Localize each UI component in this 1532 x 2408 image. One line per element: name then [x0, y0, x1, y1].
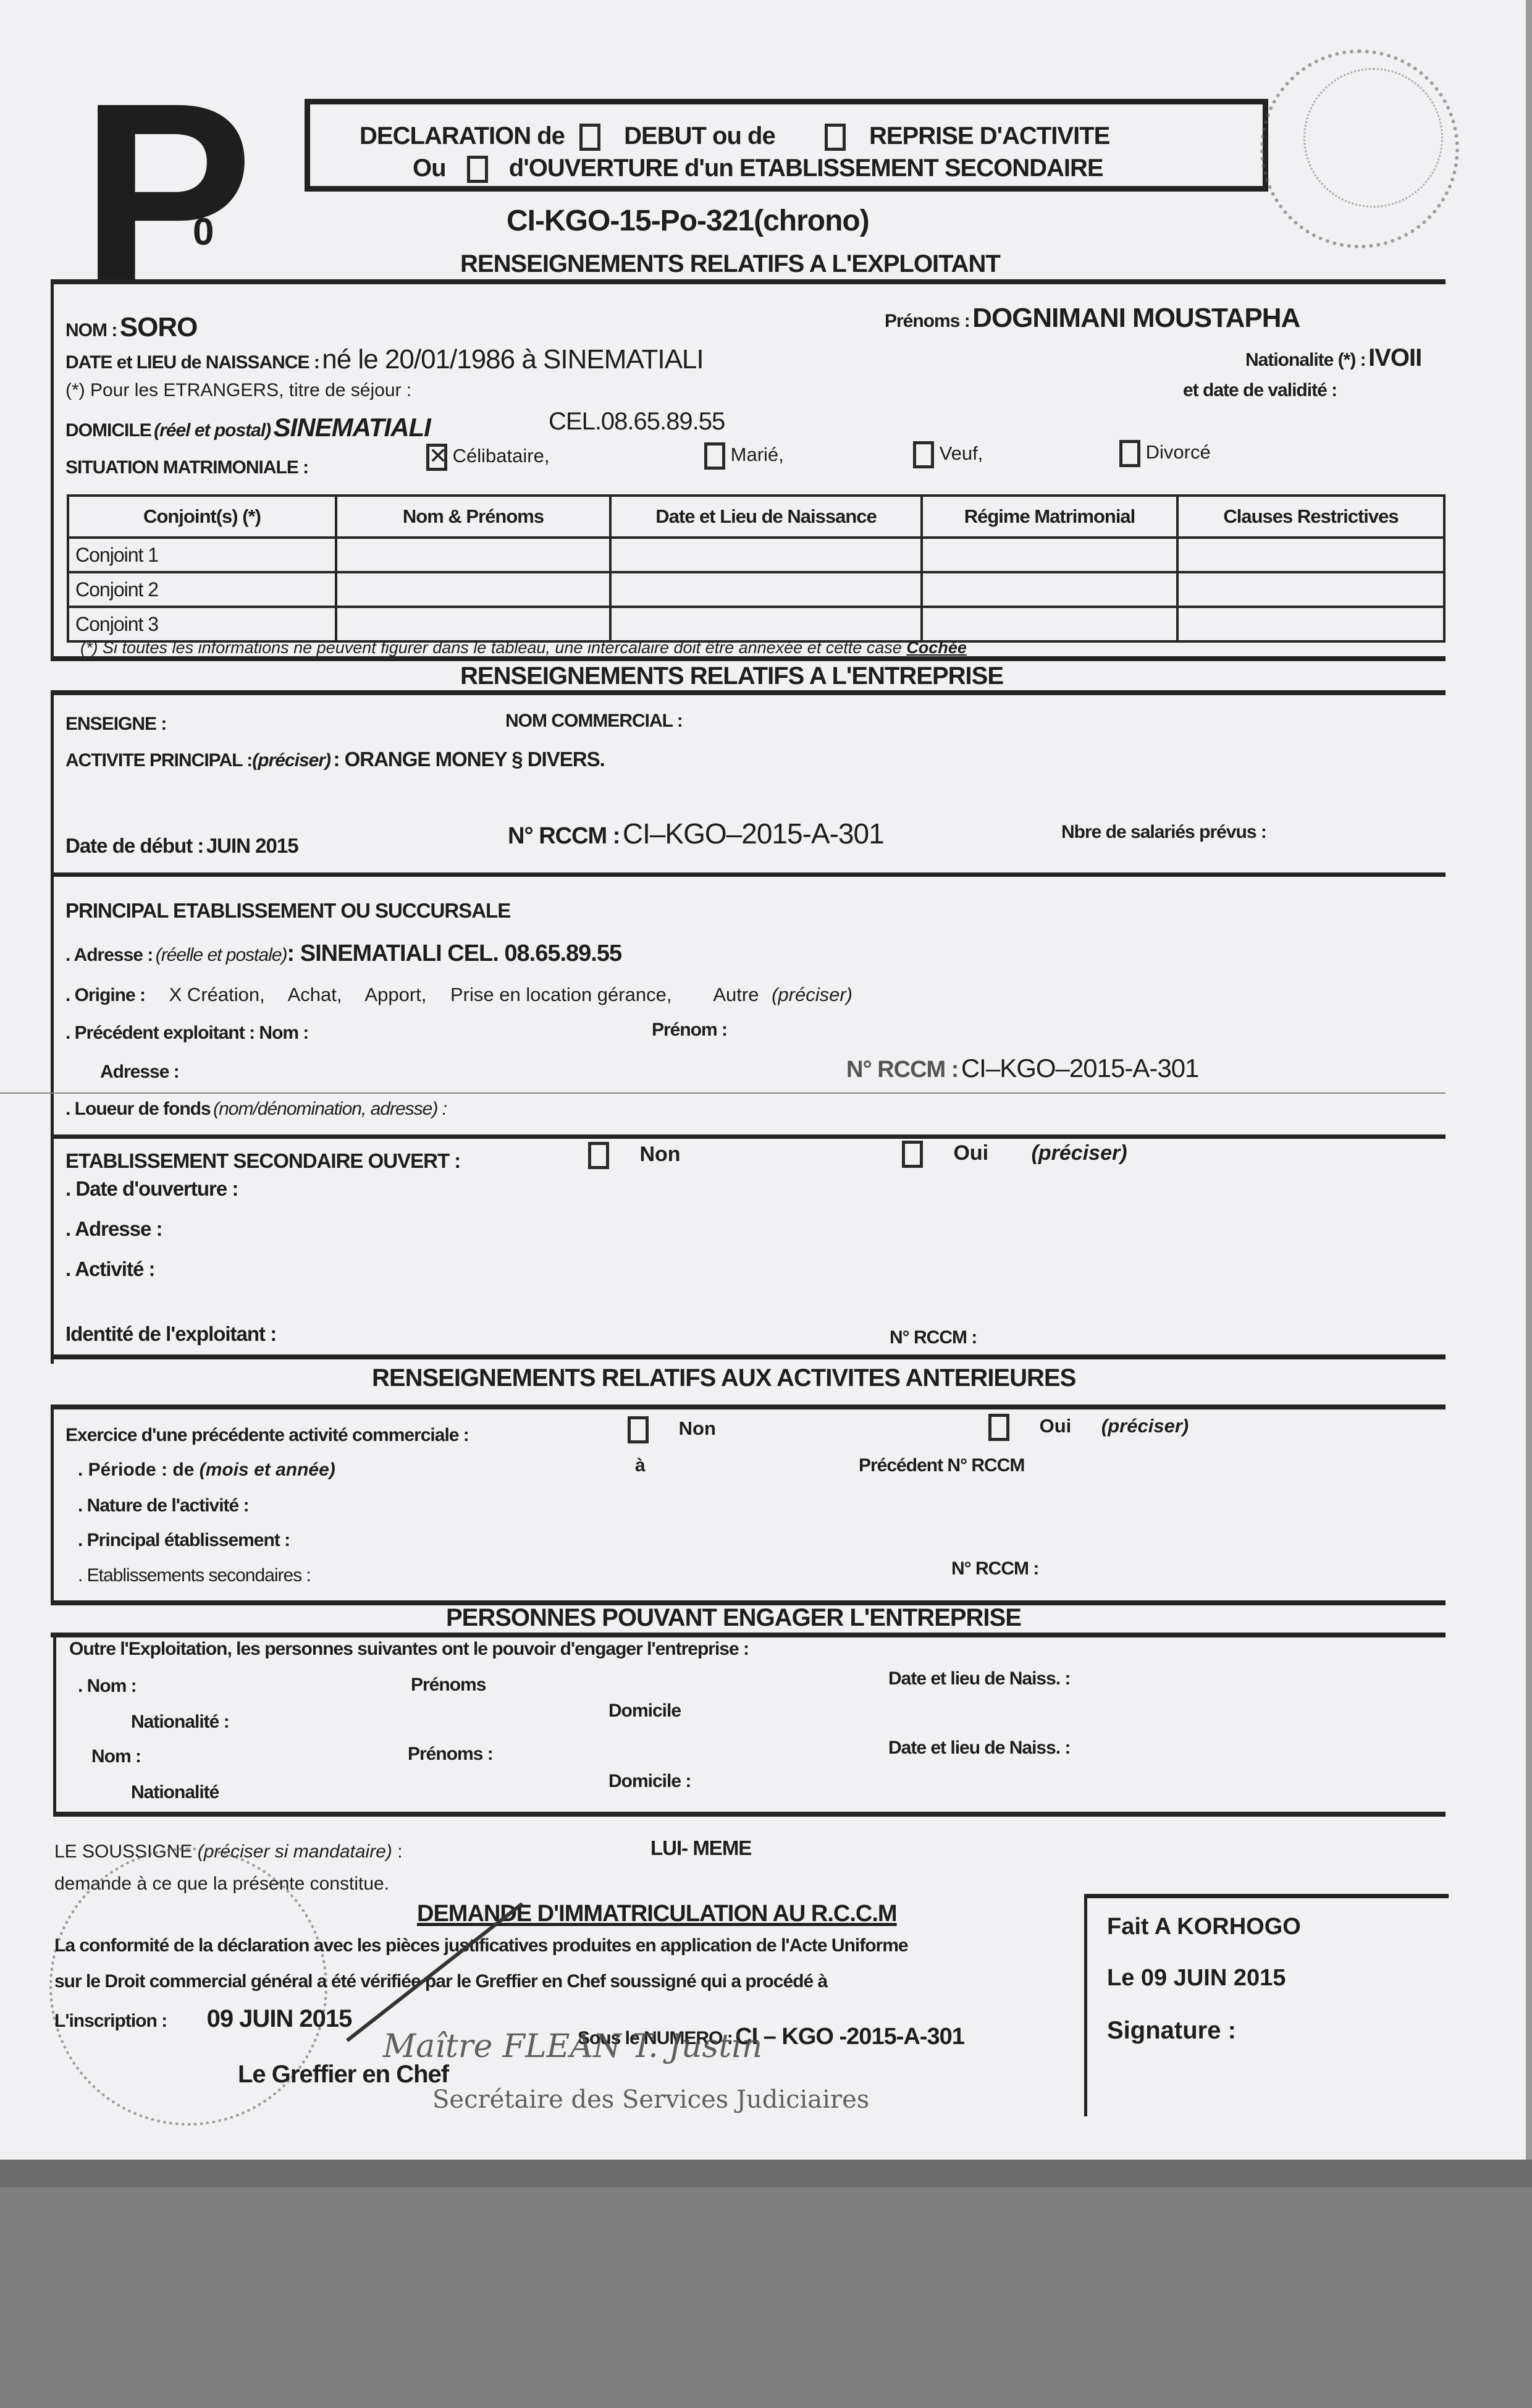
activite-label: ACTIVITE PRINCIPAL :: [65, 750, 252, 771]
nationalite-label: Nationalite (*) :: [1245, 350, 1366, 370]
anterieures-oui-checkbox[interactable]: [988, 1414, 1009, 1441]
divider: [51, 1633, 1446, 1637]
date-debut-label: Date de début :: [65, 834, 203, 857]
periode-hint: (mois et année): [200, 1460, 335, 1480]
rccm-value: CI–KGO–2015-A-301: [623, 817, 884, 850]
greffier-title: Secrétaire des Services Judiciaires: [432, 2085, 869, 2114]
divider: [51, 656, 1446, 661]
divider: [51, 872, 1446, 877]
fait-a-label: Fait A KORHOGO: [1107, 1914, 1301, 1940]
border-left: [51, 690, 54, 1364]
loueur-label: . Loueur de fonds: [65, 1099, 211, 1119]
table-cell[interactable]: [1177, 572, 1444, 607]
column-header: Clauses Restrictives: [1177, 496, 1444, 538]
ouverture-checkbox[interactable]: [467, 156, 488, 183]
form-code-letter: P: [80, 65, 247, 324]
fait-le-label: Le 09 JUIN 2015: [1107, 1965, 1286, 1992]
celibataire-label: Célibataire,: [453, 445, 550, 467]
divider: [51, 690, 1446, 695]
situation-marie: Marié,: [704, 442, 784, 470]
section-title-personnes: PERSONNES POUVANT ENGAGER L'ENTREPRISE: [446, 1604, 1021, 1632]
precedent-rccm-label: Précédent N° RCCM: [859, 1455, 1024, 1476]
divider: [51, 279, 1446, 284]
etab-secondaires-label: . Etablissements secondaires :: [78, 1565, 311, 1586]
celibataire-checkbox[interactable]: [426, 444, 447, 471]
situation-divorce: Divorcé: [1119, 440, 1211, 467]
nationalite-value: IVOII: [1368, 344, 1421, 371]
table-cell[interactable]: [922, 607, 1177, 641]
naissance-value: né le 20/01/1986 à SINEMATIALI: [322, 344, 703, 374]
secondaire-hint: (préciser): [1032, 1141, 1127, 1165]
veuf-checkbox[interactable]: [913, 441, 934, 468]
adresse-value: : SINEMATIALI CEL. 08.65.89.55: [287, 940, 622, 966]
date-ouverture-label: . Date d'ouverture :: [65, 1177, 238, 1201]
situation-label: SITUATION MATRIMONIALE :: [65, 457, 308, 478]
divider: [53, 1812, 1446, 1817]
table-row: Conjoint 1: [68, 538, 1444, 572]
conformite-line-2: sur le Droit commercial général a été vé…: [54, 1971, 827, 1992]
anterieures-hint: (préciser): [1101, 1415, 1189, 1437]
secondaire-oui-label: Oui: [953, 1141, 988, 1165]
cochee-link: Cochée: [906, 638, 967, 657]
debut-label: DEBUT ou de: [624, 122, 775, 150]
table-cell[interactable]: [922, 572, 1177, 607]
principal-title: PRINCIPAL ETABLISSEMENT OU SUCCURSALE: [65, 899, 510, 923]
fold-crease: [0, 1092, 1446, 1094]
origine-location-gerance[interactable]: Prise en location gérance,: [450, 984, 671, 1005]
anterieures-oui-label: Oui: [1040, 1415, 1072, 1437]
periode-label: . Période : de: [78, 1460, 194, 1480]
prenoms-label: Prénoms :: [885, 311, 970, 331]
greffier-signature: Maître FLEAN T. Justin: [383, 2028, 762, 2065]
table-header-row: Conjoint(s) (*) Nom & Prénoms Date et Li…: [68, 496, 1444, 538]
section-title-entreprise: RENSEIGNEMENTS RELATIFS A L'ENTREPRISE: [460, 662, 1003, 690]
activite-value: : ORANGE MONEY § DIVERS.: [333, 748, 604, 771]
rccm-label-2: N° RCCM :: [846, 1057, 958, 1083]
domicile-value: SINEMATIALI: [274, 413, 431, 442]
person2-domicile-label: Domicile :: [608, 1771, 691, 1792]
border-left: [51, 1405, 54, 1605]
secondaire-adresse-label: . Adresse :: [65, 1217, 162, 1241]
person1-naiss-label: Date et lieu de Naiss. :: [888, 1668, 1070, 1689]
table-cell[interactable]: [336, 572, 610, 607]
naissance-label: DATE et LIEU de NAISSANCE :: [65, 352, 319, 373]
declaration-label: DECLARATION de: [360, 122, 565, 150]
footnote-text: (*) Si toutes les informations ne peuven…: [80, 638, 902, 657]
column-header: Nom & Prénoms: [336, 496, 610, 538]
section-title-exploitant: RENSEIGNEMENTS RELATIFS A L'EXPLOITANT: [460, 250, 1000, 278]
precedent-exploitant-label: . Précédent exploitant : Nom :: [65, 1023, 308, 1044]
numero-value: CI – KGO -2015-A-301: [735, 2024, 964, 2050]
soussigne-colon: :: [397, 1841, 402, 1862]
principal-etab-label: . Principal établissement :: [78, 1530, 290, 1551]
reprise-checkbox[interactable]: [825, 124, 846, 151]
adresse-label-2: Adresse :: [100, 1062, 179, 1083]
nom-commercial-label: NOM COMMERCIAL :: [505, 711, 683, 732]
origine-autre[interactable]: Autre: [713, 984, 759, 1005]
person1-nom-label: . Nom :: [78, 1676, 137, 1697]
etrangers-label: (*) Pour les ETRANGERS, titre de séjour …: [65, 380, 411, 401]
divider: [51, 1354, 1446, 1359]
situation-celibataire: Célibataire,: [426, 444, 549, 471]
anterieures-non-label: Non: [679, 1417, 716, 1439]
conformite-line-1: La conformité de la déclaration avec les…: [54, 1935, 908, 1956]
signature-label: Signature :: [1107, 2017, 1236, 2045]
enseigne-label: ENSEIGNE :: [65, 714, 166, 735]
ou-label: Ou: [413, 154, 446, 182]
origine-hint: (préciser): [772, 984, 852, 1005]
column-header: Date et Lieu de Naissance: [610, 496, 922, 538]
cel-value: CEL.08.65.89.55: [549, 408, 725, 436]
section-title-anterieures: RENSEIGNEMENTS RELATIFS AUX ACTIVITES AN…: [372, 1364, 1075, 1392]
marie-label: Marié,: [731, 444, 784, 465]
divorce-checkbox[interactable]: [1119, 440, 1140, 467]
salaries-label: Nbre de salariés prévus :: [1061, 822, 1266, 843]
anterieures-rccm-label: N° RCCM :: [951, 1558, 1038, 1579]
page-edge: [1526, 0, 1532, 2160]
personnes-intro: Outre l'Exploitation, les personnes suiv…: [69, 1639, 749, 1660]
person2-prenoms-label: Prénoms :: [408, 1744, 493, 1765]
origine-achat[interactable]: Achat,: [288, 984, 342, 1005]
rccm-label: N° RCCM :: [508, 823, 620, 849]
divorce-label: Divorcé: [1146, 441, 1211, 463]
border-left: [51, 279, 54, 656]
domicile-hint: (réel et postal): [154, 420, 271, 441]
table-row: Conjoint 2: [68, 572, 1444, 607]
secondaire-oui-checkbox[interactable]: [902, 1141, 923, 1168]
secondaire-title: ETABLISSEMENT SECONDAIRE OUVERT :: [65, 1149, 460, 1173]
divider: [51, 1405, 1446, 1409]
inscription-label: L'inscription :: [54, 2011, 167, 2031]
person1-prenoms-label: Prénoms: [411, 1675, 486, 1696]
table-footnote: (*) Si toutes les informations ne peuven…: [80, 638, 967, 657]
person2-nationalite-label: Nationalité: [131, 1782, 219, 1803]
table-cell: Conjoint 1: [68, 538, 336, 572]
divider: [51, 1134, 1446, 1139]
debut-checkbox[interactable]: [579, 124, 600, 151]
inscription-value: 09 JUIN 2015: [207, 2005, 352, 2032]
table-cell: Conjoint 2: [68, 572, 336, 607]
column-header: Conjoint(s) (*): [68, 496, 336, 538]
secondaire-non-checkbox[interactable]: [588, 1142, 609, 1169]
person1-domicile-label: Domicile: [608, 1700, 681, 1722]
greffier-label: Le Greffier en Chef: [238, 2061, 448, 2089]
stamp-inner-ring: [1303, 68, 1443, 208]
form-code-sub: 0: [193, 210, 214, 254]
nature-label: . Nature de l'activité :: [78, 1495, 249, 1516]
table-cell[interactable]: [336, 607, 610, 641]
origine-creation[interactable]: X Création,: [169, 984, 265, 1005]
date-debut-value: JUIN 2015: [206, 834, 298, 857]
veuf-label: Veuf,: [940, 442, 983, 464]
rccm-value-2: CI–KGO–2015-A-301: [961, 1054, 1199, 1083]
person1-nationalite-label: Nationalité :: [131, 1712, 229, 1733]
table-cell[interactable]: [336, 538, 610, 572]
table-cell[interactable]: [922, 538, 1177, 572]
secondaire-non-label: Non: [639, 1143, 680, 1166]
marie-checkbox[interactable]: [704, 442, 725, 470]
table-cell[interactable]: [1177, 538, 1444, 572]
nom-value: SORO: [120, 312, 198, 342]
domicile-label: DOMICILE: [65, 420, 151, 441]
table-cell[interactable]: [610, 572, 922, 607]
table-cell: Conjoint 3: [68, 607, 336, 641]
origine-label: . Origine :: [65, 985, 145, 1005]
person2-nom-label: Nom :: [91, 1746, 141, 1767]
validite-label: et date de validité :: [1183, 380, 1337, 401]
soussigne-value: LUI- MEME: [650, 1836, 751, 1860]
prenom-label: Prénom :: [652, 1020, 727, 1041]
signature-box-top: [1084, 1894, 1449, 1898]
loueur-hint: (nom/dénomination, adresse) :: [213, 1099, 447, 1119]
chrono-number: CI-KGO-15-Po-321(chrono): [507, 204, 869, 238]
table-cell[interactable]: [1177, 607, 1444, 641]
table-cell[interactable]: [610, 538, 922, 572]
conjoints-table: Conjoint(s) (*) Nom & Prénoms Date et Li…: [67, 494, 1446, 643]
origine-apport[interactable]: Apport,: [364, 984, 426, 1005]
table-cell[interactable]: [610, 607, 922, 641]
secondaire-rccm-label: N° RCCM :: [890, 1327, 977, 1348]
adresse-hint: (réelle et postale): [156, 945, 287, 965]
a-label: à: [635, 1455, 645, 1476]
reprise-label: REPRISE D'ACTIVITE: [869, 122, 1109, 150]
situation-veuf: Veuf,: [913, 441, 983, 468]
adresse-label: . Adresse :: [65, 945, 153, 965]
anterieures-non-checkbox[interactable]: [628, 1416, 649, 1443]
table-row: Conjoint 3: [68, 607, 1444, 641]
demande-title: DEMANDE D'IMMATRICULATION AU R.C.C.M: [417, 1901, 897, 1927]
identite-exploitant-label: Identité de l'exploitant :: [65, 1322, 276, 1346]
column-header: Régime Matrimonial: [922, 496, 1177, 538]
activite-hint: (préciser): [252, 750, 330, 771]
prenoms-value: DOGNIMANI MOUSTAPHA: [972, 303, 1300, 333]
nom-label: NOM :: [65, 320, 117, 340]
secondaire-activite-label: . Activité :: [65, 1257, 154, 1281]
border-left: [53, 1633, 56, 1817]
exercice-label: Exercice d'une précédente activité comme…: [65, 1425, 469, 1446]
signature-box-left: [1084, 1894, 1087, 2116]
ouverture-label: d'OUVERTURE d'un ETABLISSEMENT SECONDAIR…: [509, 154, 1103, 182]
scanner-shadow: [0, 2160, 1532, 2187]
person2-naiss-label: Date et lieu de Naiss. :: [888, 1738, 1070, 1759]
